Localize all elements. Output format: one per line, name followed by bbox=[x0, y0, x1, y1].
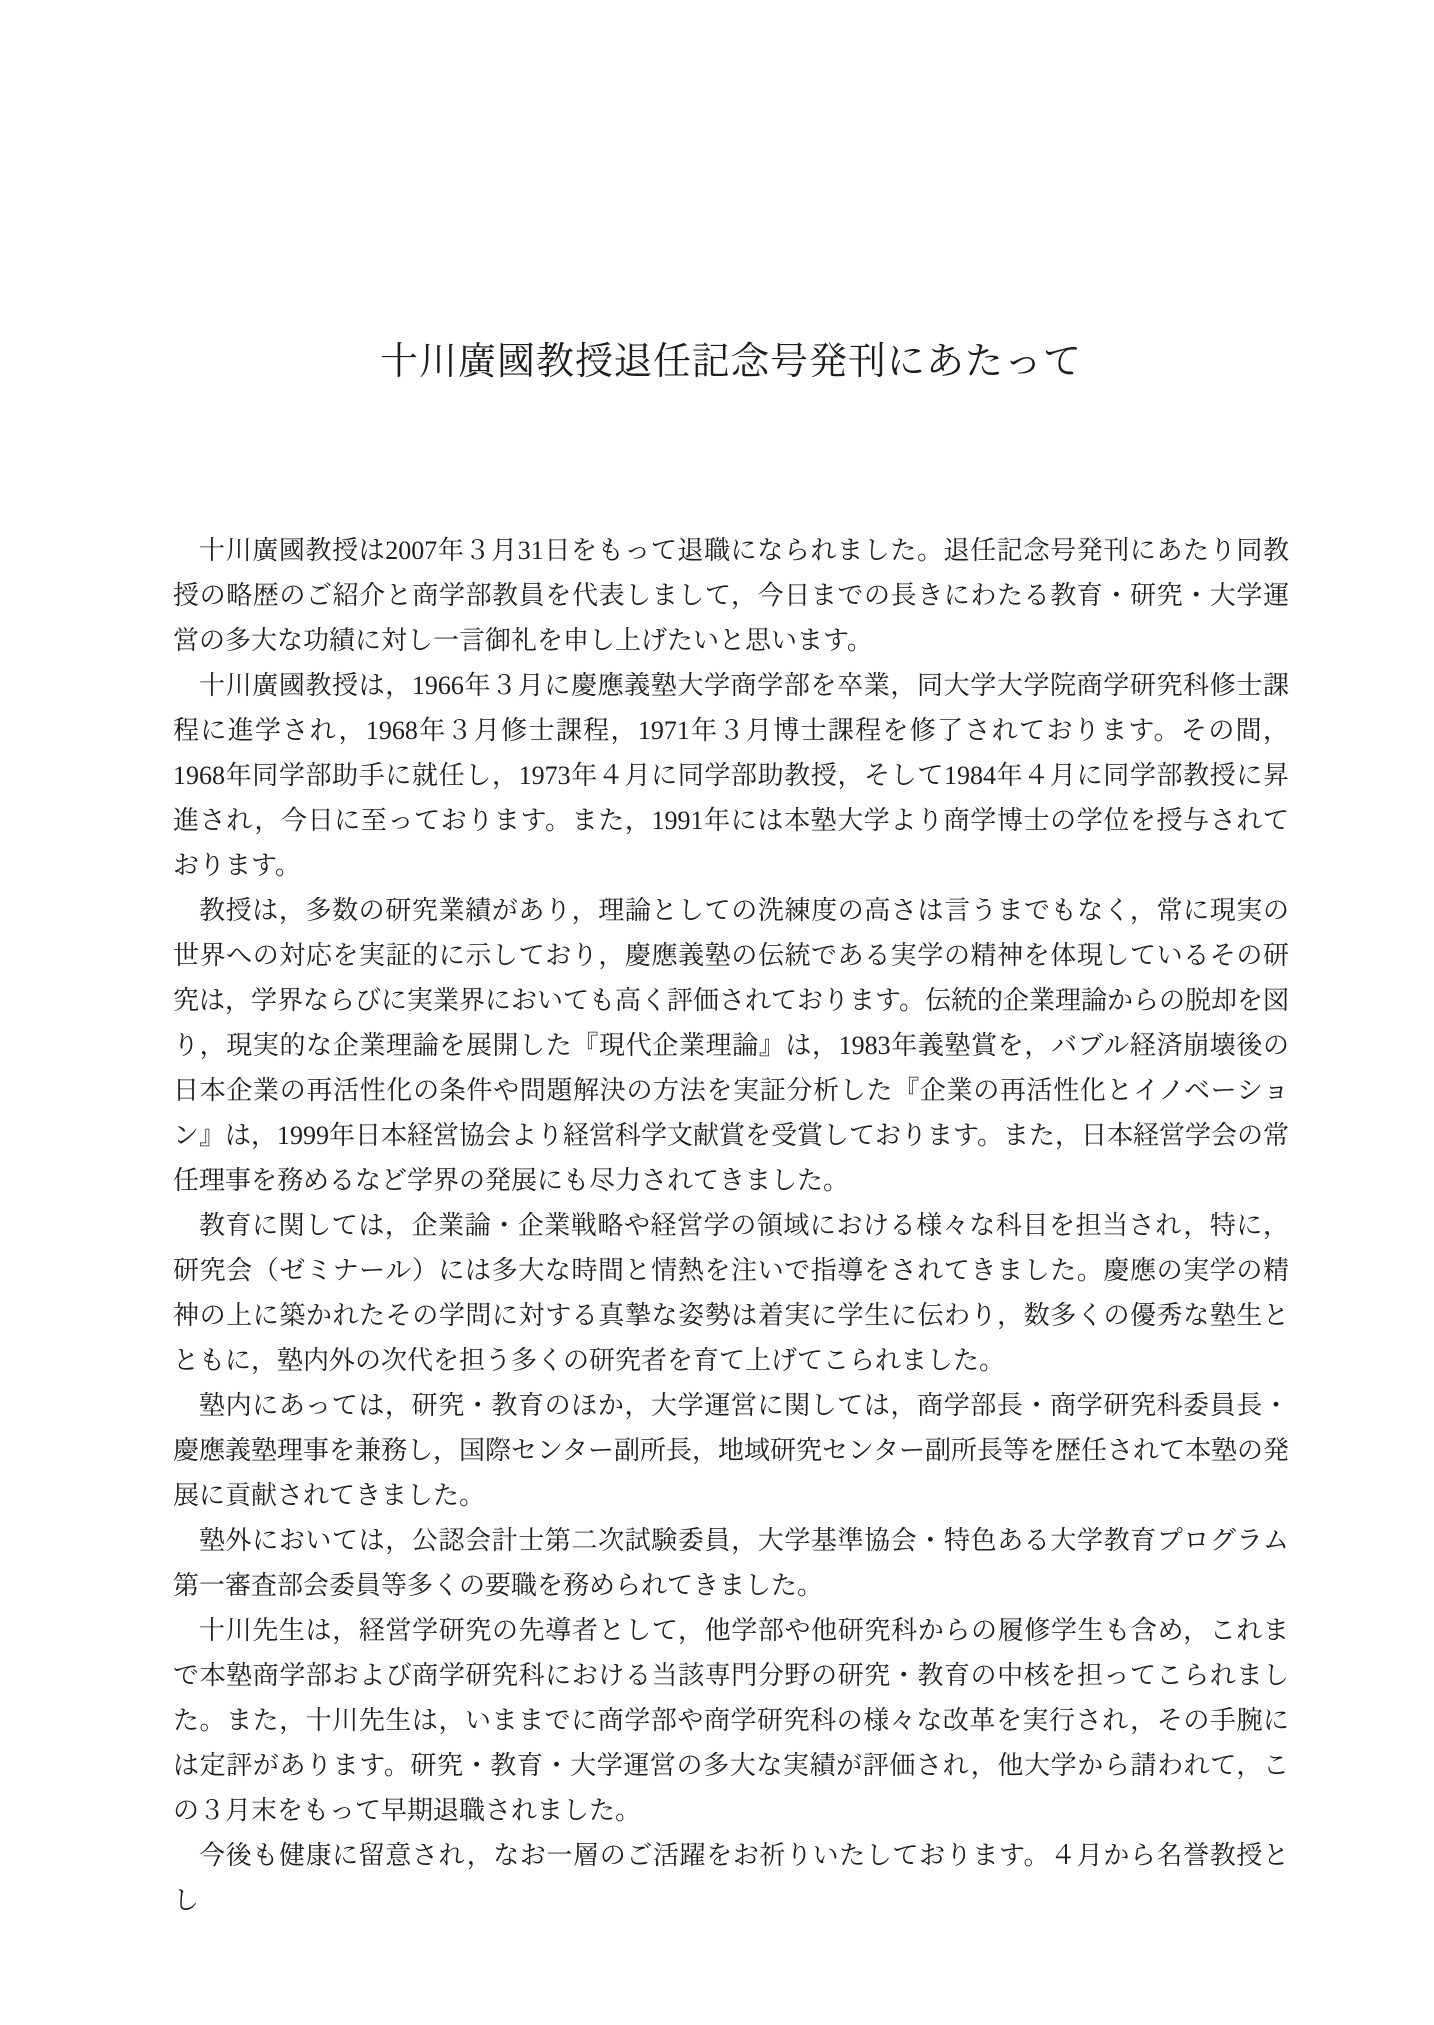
paragraph-legacy: 十川先生は，経営学研究の先導者として，他学部や他研究科からの履修学生も含め，これ… bbox=[173, 1608, 1289, 1833]
paragraph-education: 教育に関しては，企業論・企業戦略や経営学の領域における様々な科目を担当され，特に… bbox=[173, 1203, 1289, 1383]
document-title: 十川廣國教授退任記念号発刊にあたって bbox=[173, 340, 1289, 386]
paragraph-research: 教授は，多数の研究業績があり，理論としての洗練度の高さは言うまでもなく，常に現実… bbox=[173, 888, 1289, 1203]
document-body: 十川廣國教授は2007年３月31日をもって退職になられました。退任記念号発刊にあ… bbox=[173, 528, 1289, 1923]
paragraph-career-history: 十川廣國教授は，1966年３月に慶應義塾大学商学部を卒業，同大学大学院商学研究科… bbox=[173, 663, 1289, 888]
document-page: 十川廣國教授退任記念号発刊にあたって 十川廣國教授は2007年３月31日をもって… bbox=[0, 0, 1434, 2025]
paragraph-university-roles: 塾内にあっては，研究・教育のほか，大学運営に関しては，商学部長・商学研究科委員長… bbox=[173, 1383, 1289, 1518]
paragraph-intro: 十川廣國教授は2007年３月31日をもって退職になられました。退任記念号発刊にあ… bbox=[173, 528, 1289, 663]
paragraph-external-roles: 塾外においては，公認会計士第二次試験委員，大学基準協会・特色ある大学教育プログラ… bbox=[173, 1518, 1289, 1608]
paragraph-closing: 今後も健康に留意され，なお一層のご活躍をお祈りいたしております。４月から名誉教授… bbox=[173, 1833, 1289, 1923]
